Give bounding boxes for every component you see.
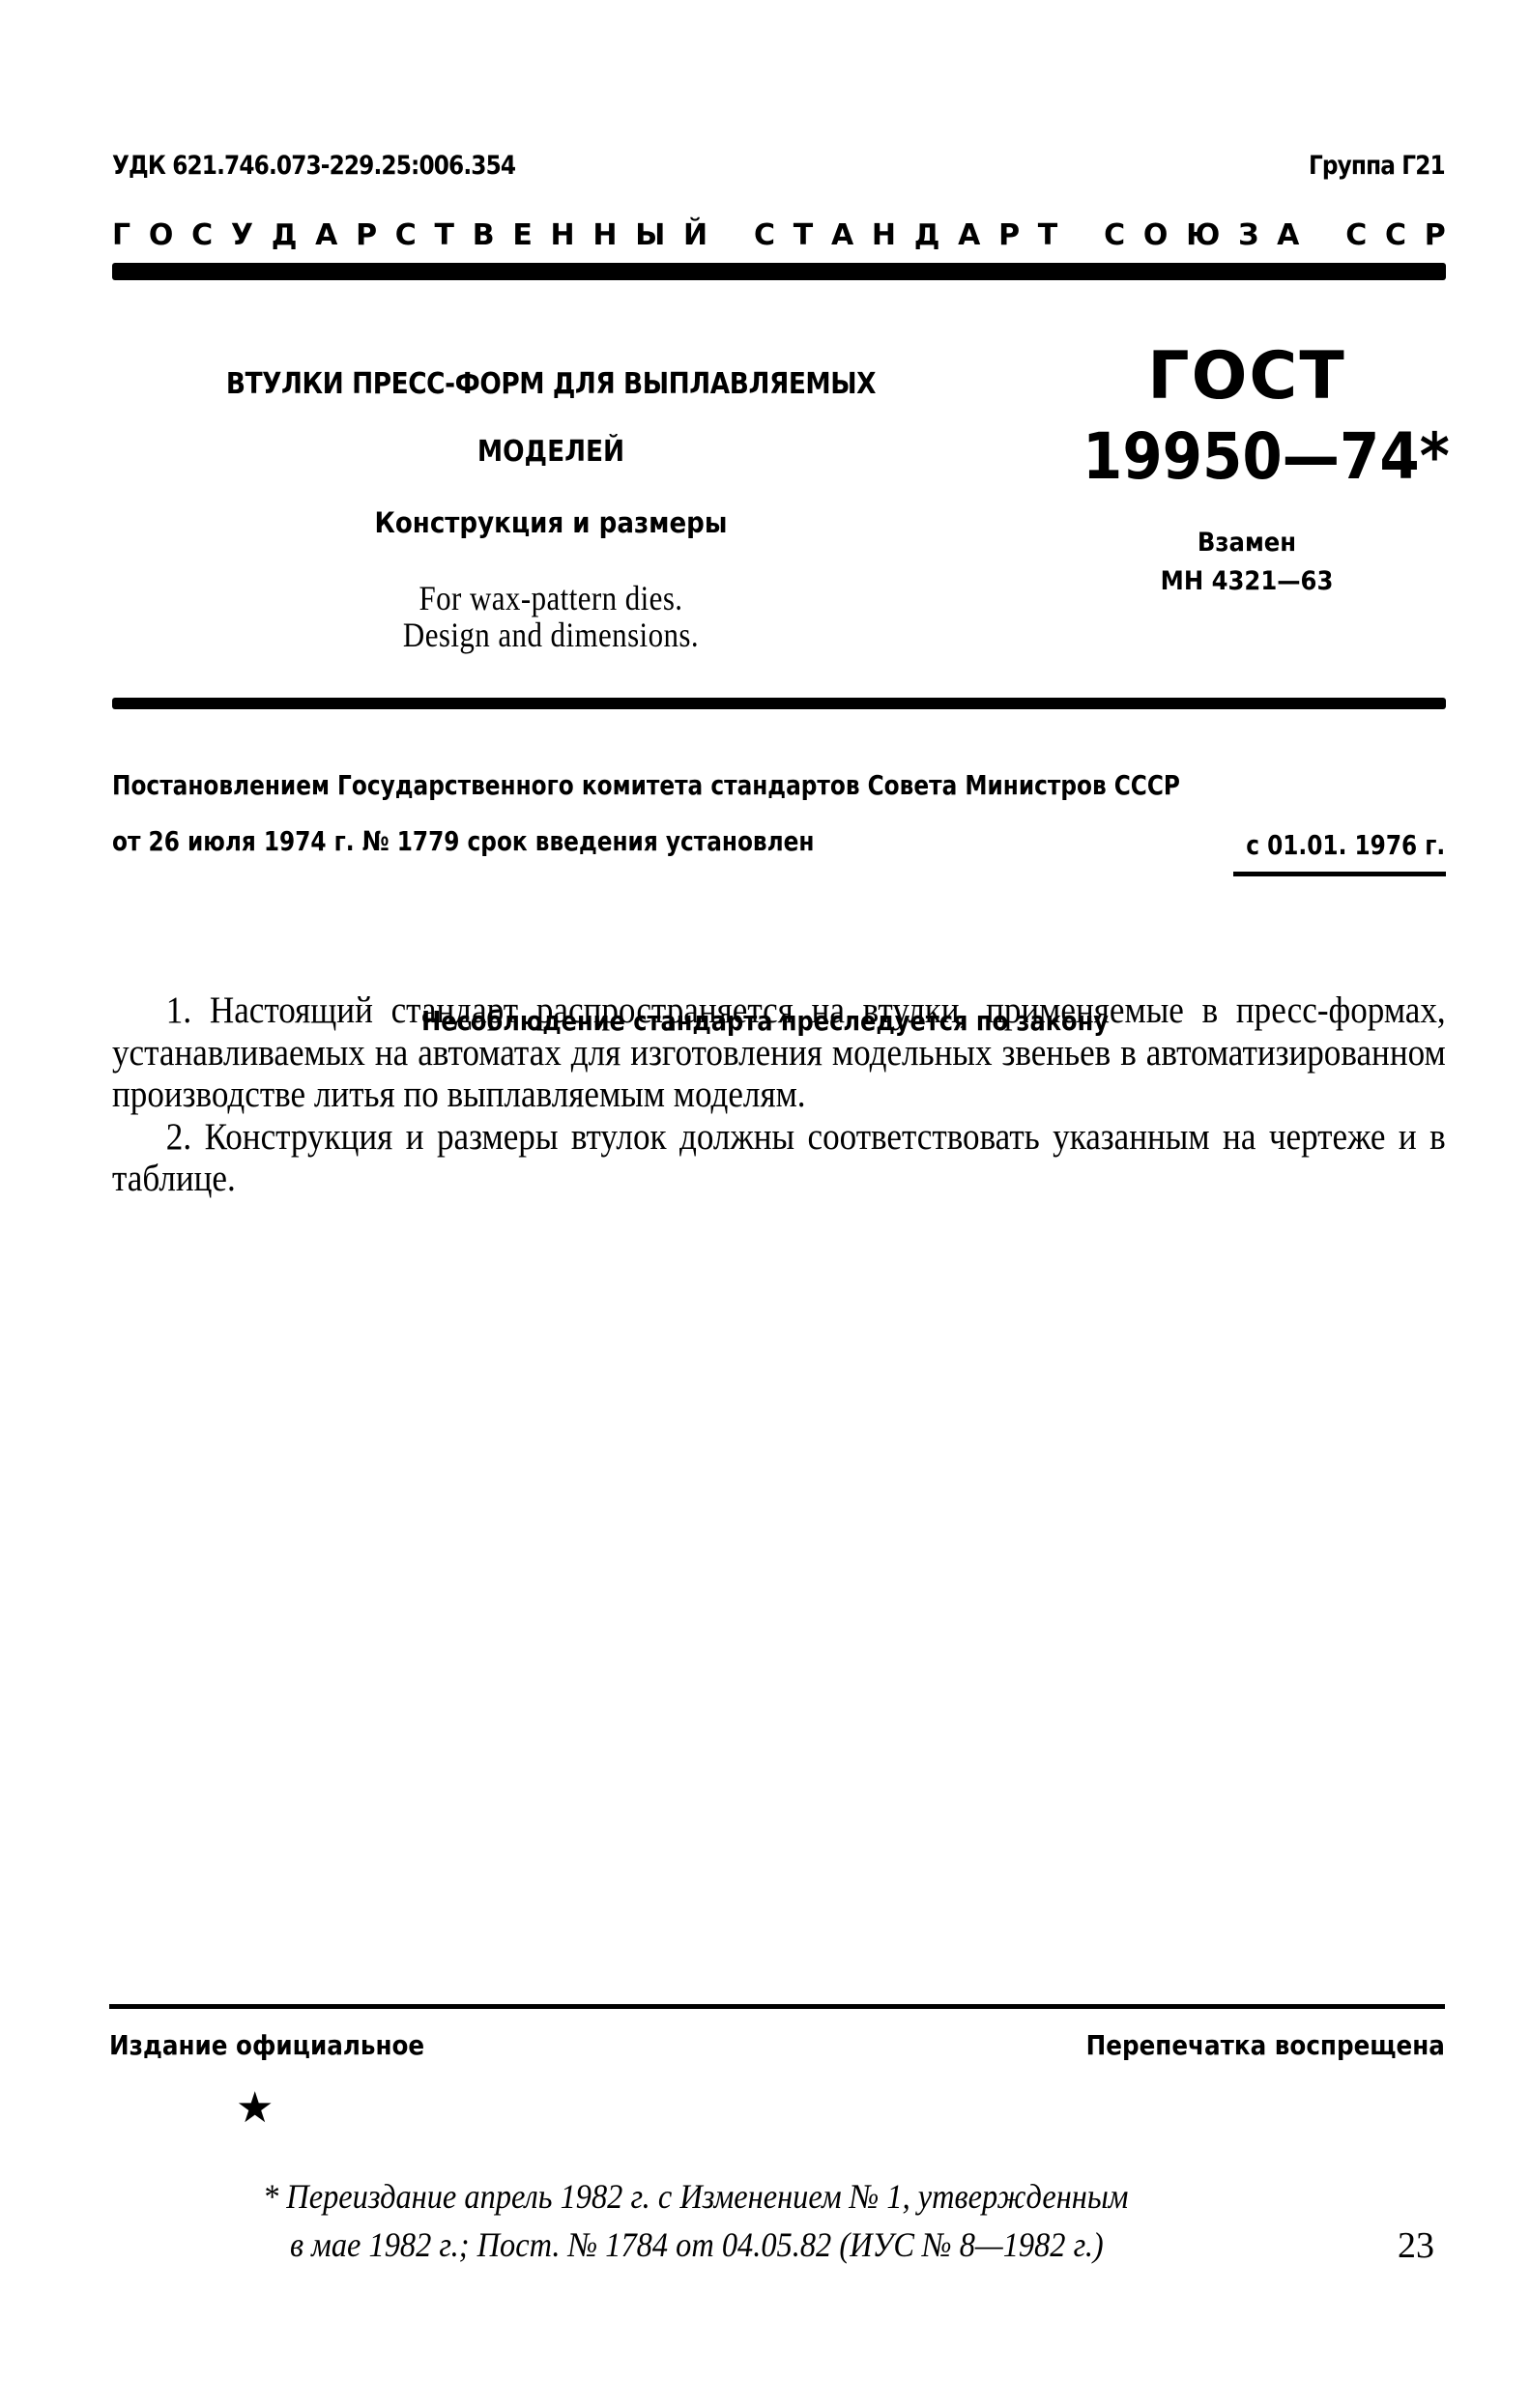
heading-letter: Р <box>998 218 1020 252</box>
replaces-value: МН 4321—63 <box>1073 566 1421 596</box>
heading-letter: Н <box>872 218 896 252</box>
group-code: Группа Г21 <box>1309 151 1445 181</box>
decree-line2: от 26 июля 1974 г. № 1779 срок введения … <box>112 825 814 857</box>
header-divider <box>112 263 1446 280</box>
star-icon: ★ <box>236 2087 274 2130</box>
heading-letter: А <box>958 218 980 252</box>
paragraph-1: 1. Настоящий стандарт распространяется н… <box>112 989 1446 1116</box>
heading-letter: Н <box>551 218 575 252</box>
footnote-line1: * Переиздание апрель 1982 г. с Изменение… <box>263 2176 1128 2217</box>
gost-number: 19950—74* <box>1083 419 1430 494</box>
heading-letter: Ы <box>635 218 665 252</box>
paragraph-2: 2. Конструкция и размеры втулок должны с… <box>112 1116 1446 1200</box>
heading-letter: С <box>395 218 417 252</box>
heading-letter: Н <box>592 218 617 252</box>
heading-letter: У <box>231 218 253 252</box>
section-divider <box>112 698 1446 709</box>
gost-label: ГОСТ <box>1054 338 1440 415</box>
heading-word-gap <box>1317 218 1327 252</box>
heading-letter: З <box>1238 218 1258 252</box>
heading-letter: С <box>191 218 213 252</box>
heading-letter: Т <box>794 218 813 252</box>
footer-divider <box>109 2004 1445 2009</box>
heading-letter: Р <box>356 218 377 252</box>
state-standard-heading: ГОСУДАРСТВЕННЫЙ СТАНДАРТ СОЮЗА ССР <box>112 218 1446 252</box>
heading-letter: Е <box>512 218 533 252</box>
heading-letter: А <box>315 218 337 252</box>
heading-letter: О <box>149 218 174 252</box>
replaces-label: Взамен <box>1073 528 1421 558</box>
heading-letter: С <box>1104 218 1125 252</box>
heading-letter: Г <box>112 218 130 252</box>
decree-line1: Постановлением Государственного комитета… <box>112 769 1180 801</box>
reprint-prohibited-label: Перепечатка воспрещена <box>1086 2029 1445 2061</box>
heading-letter: Ю <box>1186 218 1220 252</box>
official-edition-label: Издание официальное <box>109 2029 424 2061</box>
heading-word-gap <box>1076 218 1085 252</box>
heading-letter: А <box>831 218 853 252</box>
heading-letter: Д <box>272 218 298 252</box>
heading-letter: Т <box>435 218 454 252</box>
heading-letter: С <box>754 218 775 252</box>
heading-letter: С <box>1345 218 1367 252</box>
heading-letter: Д <box>914 218 940 252</box>
heading-letter: С <box>1385 218 1406 252</box>
effective-date-underline <box>1233 872 1446 876</box>
english-title-line1: For wax-pattern dies. <box>202 578 900 618</box>
page-number: 23 <box>1398 2224 1434 2267</box>
document-title-line1: ВТУЛКИ ПРЕСС-ФОРМ ДЛЯ ВЫПЛАВЛЯЕМЫХ <box>193 367 908 401</box>
english-title-line2: Design and dimensions. <box>202 615 900 655</box>
document-subtitle: Конструкция и размеры <box>186 506 916 539</box>
effective-date: с 01.01. 1976 г. <box>1246 829 1445 861</box>
heading-letter: А <box>1277 218 1299 252</box>
heading-letter: О <box>1143 218 1169 252</box>
heading-word-gap <box>726 218 736 252</box>
heading-letter: Й <box>683 218 707 252</box>
body-text: 1. Настоящий стандарт распространяется н… <box>112 989 1446 1200</box>
heading-letter: В <box>473 218 495 252</box>
document-title-line2: МОДЕЛЕЙ <box>193 435 908 469</box>
footnote-line2: в мае 1982 г.; Пост. № 1784 от 04.05.82 … <box>290 2224 1104 2265</box>
heading-letter: Т <box>1038 218 1057 252</box>
heading-letter: Р <box>1425 218 1446 252</box>
udk-code: УДК 621.746.073-229.25:006.354 <box>112 151 515 181</box>
